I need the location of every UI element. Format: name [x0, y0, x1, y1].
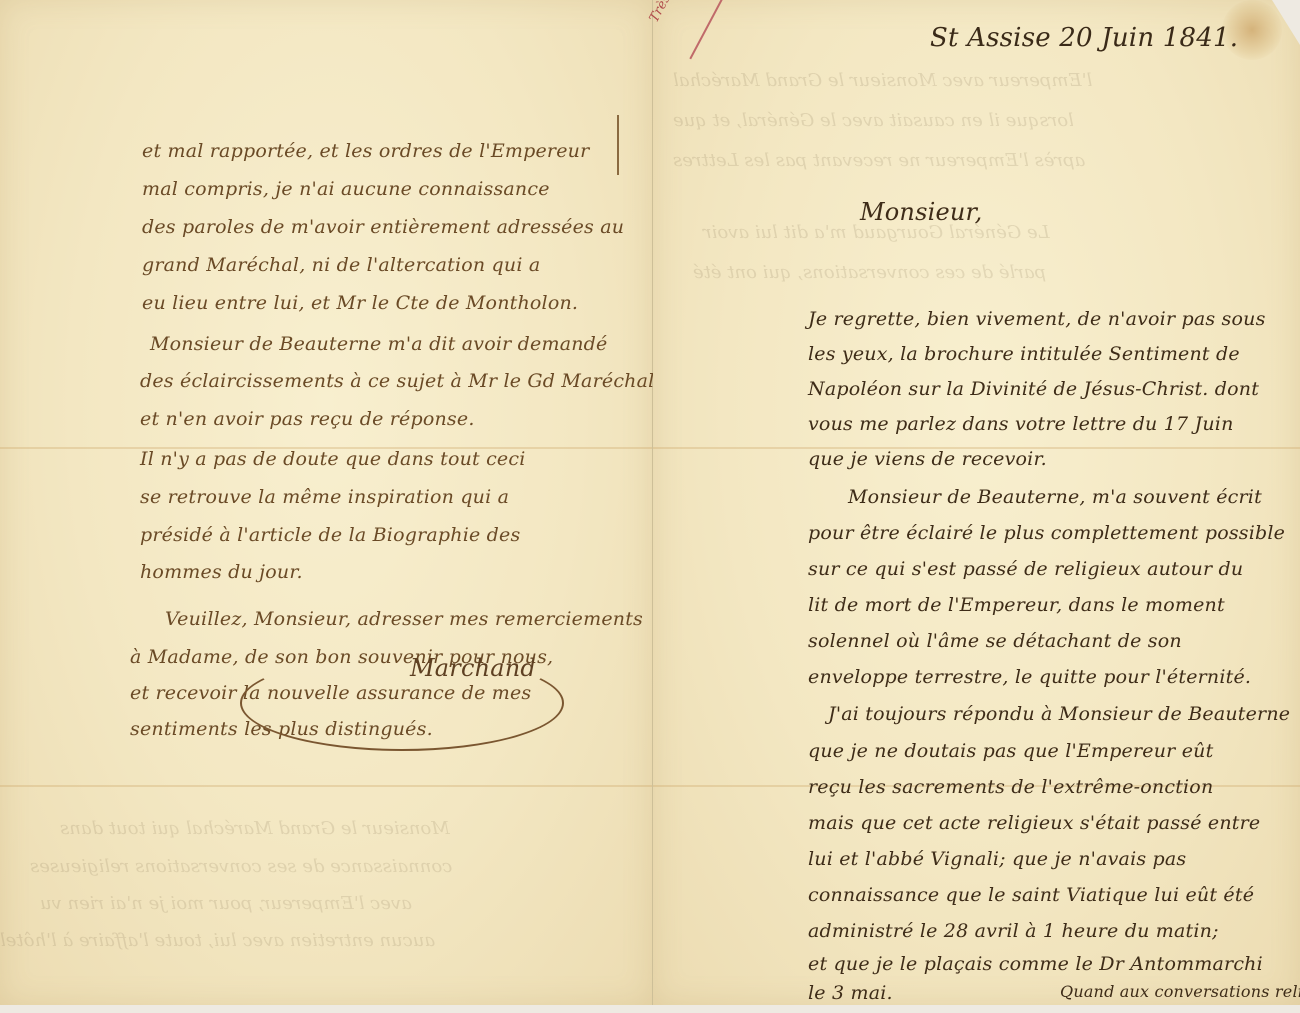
letter-line: présidé à l'article de la Biographie des: [140, 526, 520, 545]
letter-line: mal compris, je n'ai aucune connaissance: [142, 180, 550, 199]
letter-line: reçu les sacrements de l'extrême-onction: [808, 778, 1213, 797]
bleed-through-text: connaissance de ses conversations religi…: [30, 856, 452, 877]
letter-line: administré le 28 avril à 1 heure du mati…: [808, 922, 1219, 941]
bleed-through-text: aucun entretien avec lui, toute l'affair…: [0, 930, 435, 951]
letter-line: et n'en avoir pas reçu de réponse.: [140, 410, 475, 429]
letter-line: pour être éclairé le plus complettement …: [808, 524, 1285, 543]
letter-line: J'ai toujours répondu à Monsieur de Beau…: [828, 705, 1290, 724]
signature: Marchand: [410, 656, 536, 680]
bleed-through-text: avec l'Empereur, pour moi je n'ai rien v…: [40, 893, 412, 914]
letter-line: vous me parlez dans votre lettre du 17 J…: [808, 415, 1234, 434]
margin-mark: [617, 115, 619, 175]
salutation: Monsieur,: [860, 200, 982, 224]
letter-line: les yeux, la brochure intitulée Sentimen…: [808, 345, 1240, 364]
bleed-through-text: après l'Empereur ne recevant pas les Let…: [673, 150, 1085, 171]
letter-line: se retrouve la même inspiration qui a: [140, 488, 509, 507]
letter-line: grand Maréchal, ni de l'altercation qui …: [142, 256, 540, 275]
letter-line: que je viens de recevoir.: [808, 450, 1047, 469]
letter-line: et que je le plaçais comme le Dr Antomma…: [808, 955, 1263, 974]
left-page: Monsieur le Grand Maréchal qui tout dans…: [0, 0, 653, 1005]
letter-line: solennel où l'âme se détachant de son: [808, 632, 1182, 651]
bleed-through-text: Monsieur le Grand Maréchal qui tout dans: [60, 818, 450, 839]
letter-line: et mal rapportée, et les ordres de l'Emp…: [142, 142, 589, 161]
letter-line: Je regrette, bien vivement, de n'avoir p…: [808, 310, 1266, 329]
letter-line: enveloppe terrestre, le quitte pour l'ét…: [808, 668, 1251, 687]
dateline: St Assise 20 Juin 1841.: [930, 25, 1238, 51]
bleed-through-text: lorsque il en causait avec le Général, e…: [673, 110, 1074, 131]
torn-corner: [1272, 0, 1300, 45]
letter-line: hommes du jour.: [140, 563, 303, 582]
letter-line: Il n'y a pas de doute que dans tout ceci: [140, 450, 526, 469]
letter-line: des éclaircissements à ce sujet à Mr le …: [140, 372, 654, 391]
letter-line: eu lieu entre lui, et Mr le Cte de Month…: [142, 294, 578, 313]
letter-line: Napoléon sur la Divinité de Jésus-Christ…: [808, 380, 1259, 399]
fold-crease: [0, 785, 652, 787]
letter-line: des paroles de m'avoir entièrement adres…: [142, 218, 624, 237]
letter-line: Veuillez, Monsieur, adresser mes remerci…: [165, 610, 643, 629]
letter-line: sur ce qui s'est passé de religieux auto…: [808, 560, 1243, 579]
letter-line: connaissance que le saint Viatique lui e…: [808, 886, 1254, 905]
letter-line: Monsieur de Beauterne, m'a souvent écrit: [848, 488, 1262, 507]
letter-line: mais que cet acte religieux s'était pass…: [808, 814, 1260, 833]
letter-line: lit de mort de l'Empereur, dans le momen…: [808, 596, 1225, 615]
letter-line: Quand aux conversations religieuses de: [1060, 984, 1300, 1000]
letter-line: le 3 mai.: [808, 984, 893, 1003]
bleed-through-text: parlé de ces conversations, qui ont été: [693, 262, 1046, 283]
letter-line: lui et l'abbé Vignali; que je n'avais pa…: [808, 850, 1186, 869]
letter-line: Monsieur de Beauterne m'a dit avoir dema…: [150, 335, 607, 354]
bleed-through-text: l'Empereur avec Monsieur le Grand Maréch…: [673, 70, 1092, 91]
letter-line: que je ne doutais pas que l'Empereur eût: [808, 742, 1213, 761]
